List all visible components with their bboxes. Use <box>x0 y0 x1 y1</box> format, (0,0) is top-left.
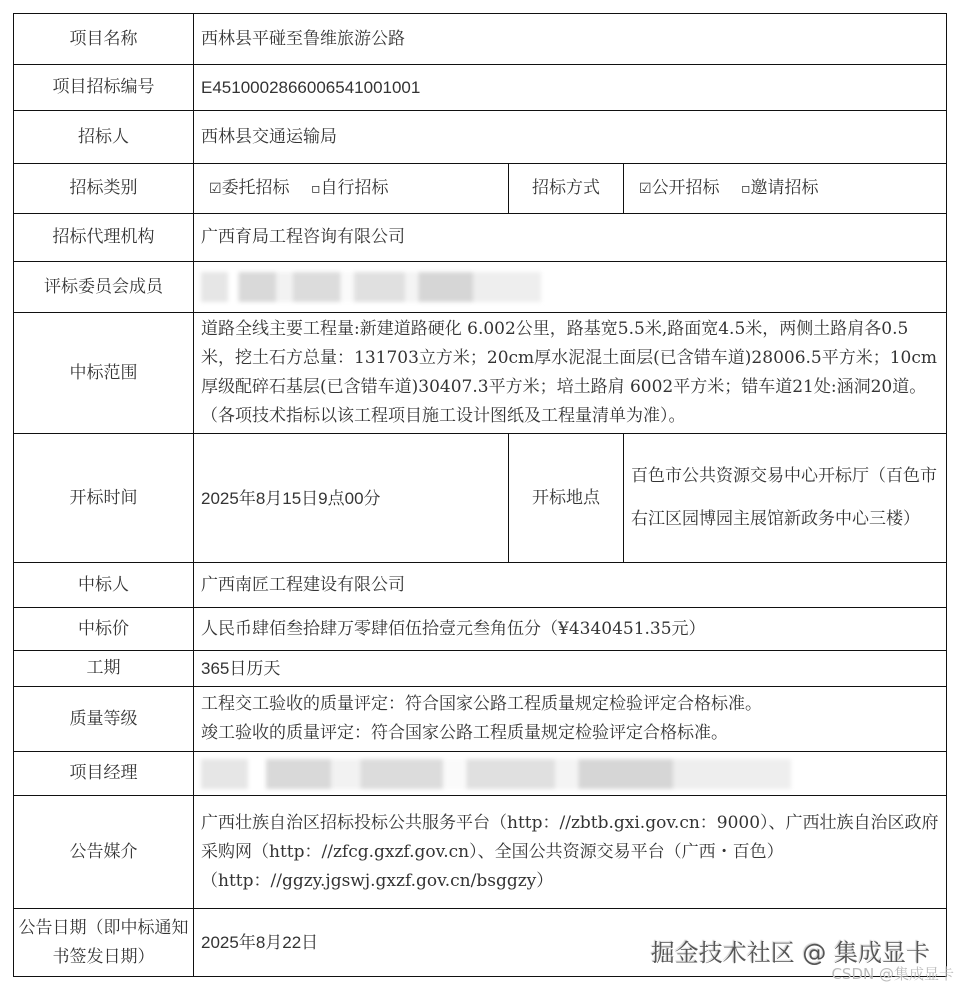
value-price: 人民币肆佰叁拾肆万零肆佰伍拾壹元叁角伍分（¥4340451.35元） <box>194 608 947 651</box>
value-opening-place: 百色市公共资源交易中心开标厅（百色市右江区园博园主展馆新政务中心三楼） <box>624 434 947 563</box>
label-announce-date: 公告日期（即中标通知书签发日期） <box>14 909 194 977</box>
label-opening-place: 开标地点 <box>509 434 624 563</box>
value-media: 广西壮族自治区招标投标公共服务平台（http：//zbtb.gxi.gov.cn… <box>194 796 947 909</box>
label-tender-category: 招标类别 <box>14 164 194 214</box>
value-manager-redacted <box>194 752 947 796</box>
option-open[interactable]: ☑公开招标 <box>639 174 720 204</box>
row-scope: 中标范围 道路全线主要工程量:新建道路硬化 6.002公里，路基宽5.5米,路面… <box>14 313 947 434</box>
value-opening-time: 2025年8月15日9点00分 <box>194 434 509 563</box>
value-committee-redacted <box>194 262 947 313</box>
value-bid-number: E4510002866006541001001 <box>194 65 947 111</box>
option-entrusted[interactable]: ☑委托招标 <box>209 174 290 204</box>
row-opening: 开标时间 2025年8月15日9点00分 开标地点 百色市公共资源交易中心开标厅… <box>14 434 947 563</box>
quality-line-2: 竣工验收的质量评定：符合国家公路工程质量规定检验评定合格标准。 <box>201 719 939 748</box>
label-price: 中标价 <box>14 608 194 651</box>
tender-method-options: ☑公开招标 ▫邀请招标 <box>624 164 947 214</box>
row-project-name: 项目名称 西林县平碰至鲁维旅游公路 <box>14 14 947 65</box>
quality-line-1: 工程交工验收的质量评定：符合国家公路工程质量规定检验评定合格标准。 <box>201 690 939 719</box>
tender-category-options: ☑委托招标 ▫自行招标 <box>194 164 509 214</box>
row-agency: 招标代理机构 广西育局工程咨询有限公司 <box>14 214 947 262</box>
redacted-block <box>201 272 541 302</box>
value-duration: 365日历天 <box>194 651 947 687</box>
row-price: 中标价 人民币肆佰叁拾肆万零肆佰伍拾壹元叁角伍分（¥4340451.35元） <box>14 608 947 651</box>
checkbox-checked-icon: ☑ <box>639 181 652 197</box>
label-committee: 评标委员会成员 <box>14 262 194 313</box>
row-winner: 中标人 广西南匠工程建设有限公司 <box>14 563 947 608</box>
row-manager: 项目经理 <box>14 752 947 796</box>
option-self[interactable]: ▫自行招标 <box>311 174 389 204</box>
row-quality: 质量等级 工程交工验收的质量评定：符合国家公路工程质量规定检验评定合格标准。 竣… <box>14 687 947 752</box>
value-quality: 工程交工验收的质量评定：符合国家公路工程质量规定检验评定合格标准。 竣工验收的质… <box>194 687 947 752</box>
label-bid-number: 项目招标编号 <box>14 65 194 111</box>
label-tender-method: 招标方式 <box>509 164 624 214</box>
label-scope: 中标范围 <box>14 313 194 434</box>
label-tenderer: 招标人 <box>14 111 194 164</box>
label-winner: 中标人 <box>14 563 194 608</box>
label-duration: 工期 <box>14 651 194 687</box>
value-winner: 广西南匠工程建设有限公司 <box>194 563 947 608</box>
label-opening-time: 开标时间 <box>14 434 194 563</box>
label-quality: 质量等级 <box>14 687 194 752</box>
watermark-csdn: CSDN @集成显卡 <box>831 963 954 984</box>
row-bid-number: 项目招标编号 E4510002866006541001001 <box>14 65 947 111</box>
value-agency: 广西育局工程咨询有限公司 <box>194 214 947 262</box>
label-project-name: 项目名称 <box>14 14 194 65</box>
value-scope: 道路全线主要工程量:新建道路硬化 6.002公里，路基宽5.5米,路面宽4.5米… <box>194 313 947 434</box>
value-tenderer: 西林县交通运输局 <box>194 111 947 164</box>
row-tender-category: 招标类别 ☑委托招标 ▫自行招标 招标方式 ☑公开招标 ▫邀请招标 <box>14 164 947 214</box>
row-media: 公告媒介 广西壮族自治区招标投标公共服务平台（http：//zbtb.gxi.g… <box>14 796 947 909</box>
redacted-block <box>201 759 791 789</box>
option-invite[interactable]: ▫邀请招标 <box>741 174 819 204</box>
row-committee: 评标委员会成员 <box>14 262 947 313</box>
bid-result-table: 项目名称 西林县平碰至鲁维旅游公路 项目招标编号 E45100028660065… <box>13 13 947 977</box>
row-tenderer: 招标人 西林县交通运输局 <box>14 111 947 164</box>
label-media: 公告媒介 <box>14 796 194 909</box>
row-duration: 工期 365日历天 <box>14 651 947 687</box>
label-agency: 招标代理机构 <box>14 214 194 262</box>
value-project-name: 西林县平碰至鲁维旅游公路 <box>194 14 947 65</box>
checkbox-checked-icon: ☑ <box>209 181 222 197</box>
label-manager: 项目经理 <box>14 752 194 796</box>
